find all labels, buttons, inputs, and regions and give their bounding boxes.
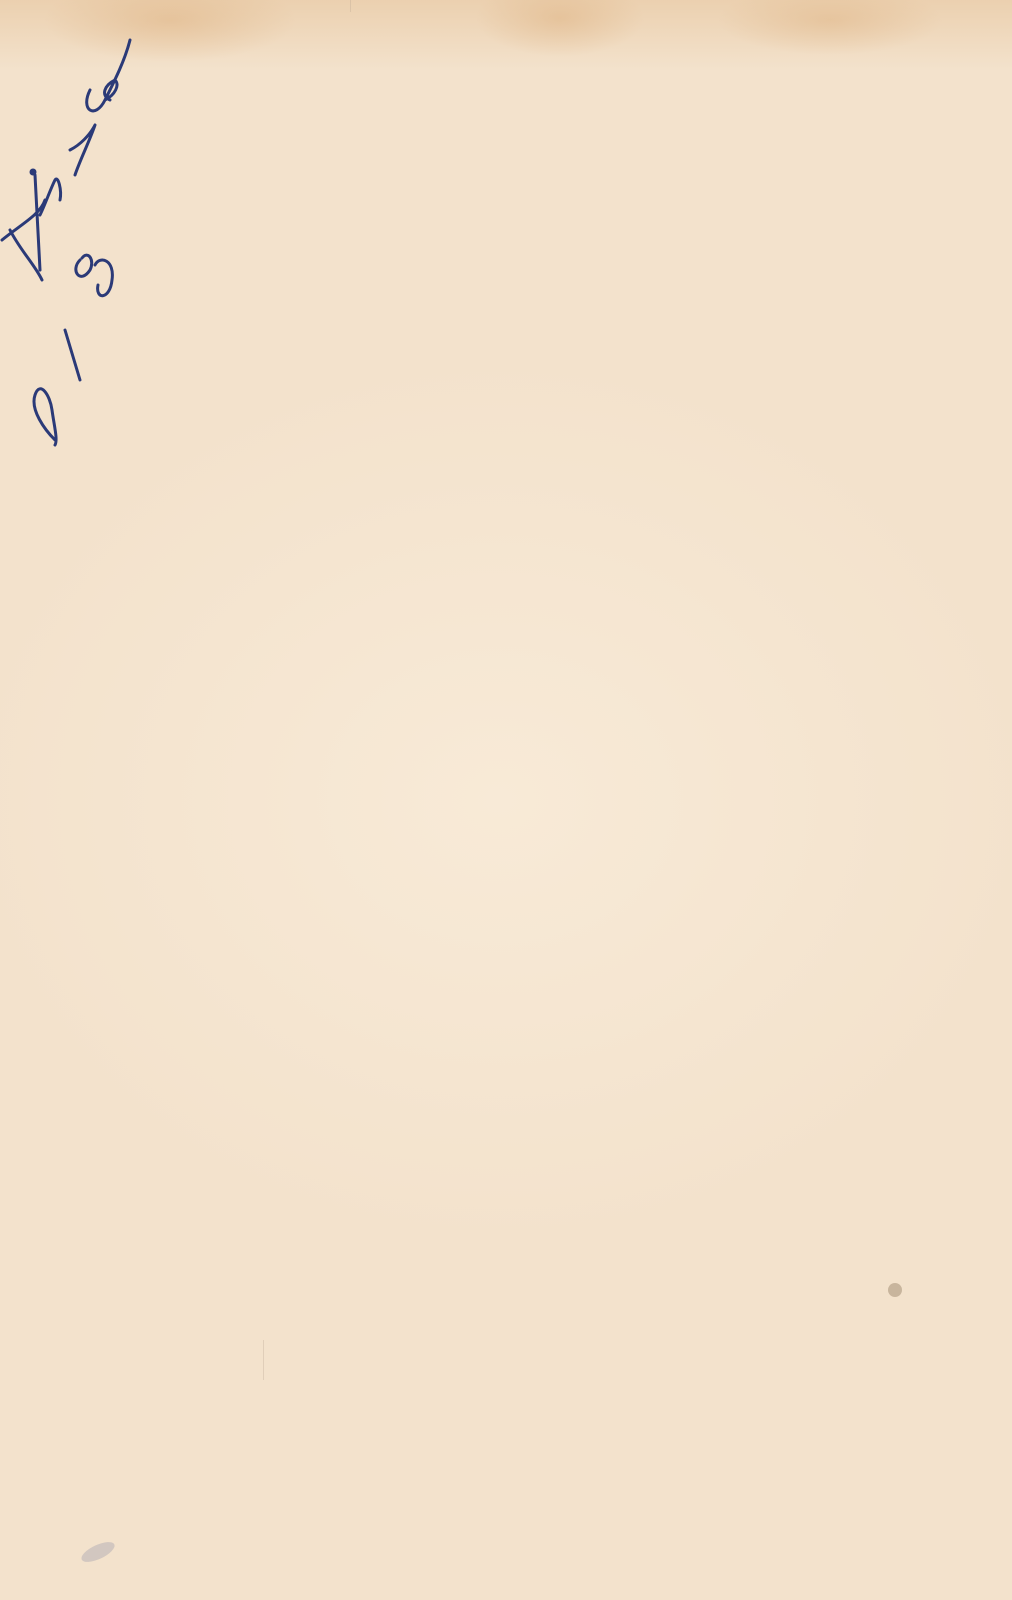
crease-mark xyxy=(263,1340,264,1380)
crease-mark xyxy=(350,0,351,12)
paper-card: Dia de li e xyxy=(0,0,1012,1600)
handwritten-note xyxy=(0,0,200,470)
ink-smudge xyxy=(79,1538,118,1566)
dirt-spot xyxy=(888,1283,902,1297)
